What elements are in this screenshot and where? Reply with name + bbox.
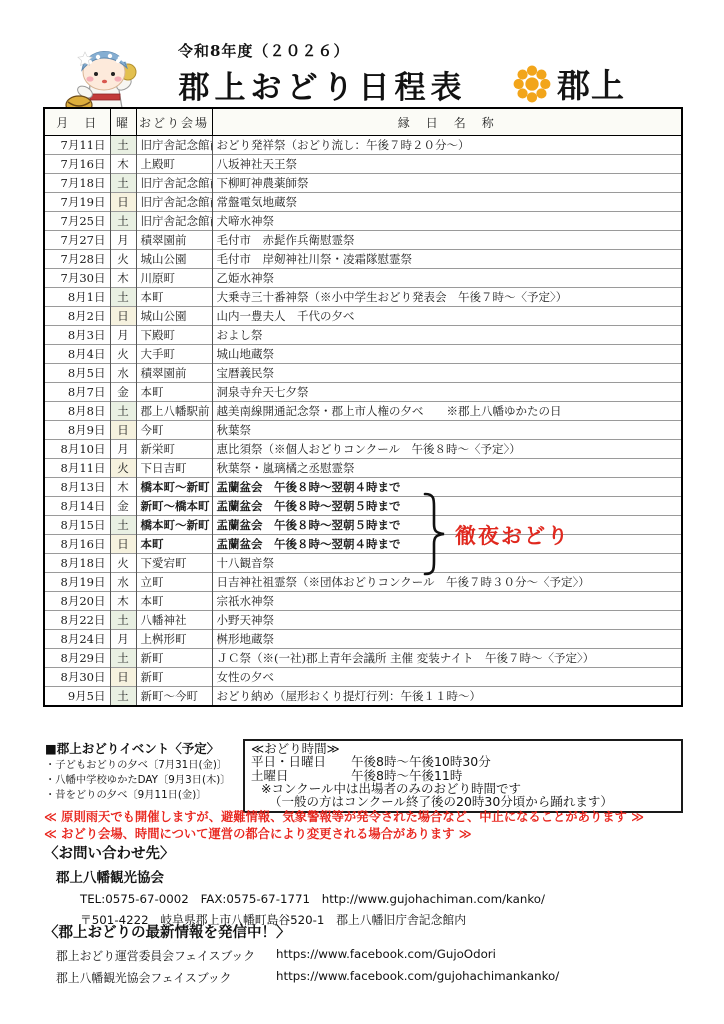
gujo-emblem-icon xyxy=(512,64,552,104)
festival-name-cell: およし祭 xyxy=(212,326,682,345)
table-row: 8月24日月上桝形町桝形地蔵祭 xyxy=(44,630,682,649)
time-row-label: 土曜日 xyxy=(251,769,351,782)
table-row: 8月22日土八幡神社小野天神祭 xyxy=(44,611,682,630)
festival-name-cell: 毛付市 岸剱神社川祭・凌霜隊慰霊祭 xyxy=(212,250,682,269)
date-cell: 8月24日 xyxy=(44,630,110,649)
date-cell: 8月1日 xyxy=(44,288,110,307)
day-cell: 日 xyxy=(110,307,136,326)
contact-section: 〈お問い合わせ先〉 郡上八幡観光協会 TEL:0575-67-0002 FAX:… xyxy=(44,842,545,928)
festival-name-cell: 日吉神社祖霊祭（※団体おどりコンクール 午後７時３０分～〈予定〉） xyxy=(212,573,682,592)
festival-name-cell: 城山地蔵祭 xyxy=(212,345,682,364)
warning-line: ≪ おどり会場、時間について運営の都合により変更される場合があります ≫ xyxy=(44,826,644,843)
venue-cell: 旧庁舎記念館前 xyxy=(136,193,212,212)
date-cell: 7月25日 xyxy=(44,212,110,231)
poster-page: 令和8年度（２０２６） 郡上おどり日程表 郡上 月 日 曜 おどり会場 xyxy=(0,0,724,1024)
day-cell: 土 xyxy=(110,687,136,707)
table-row: 7月25日土旧庁舎記念館前犬啼水神祭 xyxy=(44,212,682,231)
table-row: 7月11日土旧庁舎記念館前おどり発祥祭（おどり流し：午後７時２０分～） xyxy=(44,136,682,155)
festival-name-cell: 桝形地蔵祭 xyxy=(212,630,682,649)
date-cell: 7月30日 xyxy=(44,269,110,288)
table-header-row: 月 日 曜 おどり会場 縁 日 名 称 xyxy=(44,108,682,136)
day-cell: 土 xyxy=(110,649,136,668)
venue-cell: 立町 xyxy=(136,573,212,592)
event-item: ・八幡中学校ゆかたDAY〔9月3日(木)〕 xyxy=(45,774,243,787)
venue-cell: 新町 xyxy=(136,668,212,687)
venue-cell: 本町 xyxy=(136,288,212,307)
festival-name-cell: 盂蘭盆会 午後８時～翌朝４時まで xyxy=(212,478,682,497)
venue-cell: 新栄町 xyxy=(136,440,212,459)
table-row: 8月4日火大手町城山地蔵祭 xyxy=(44,345,682,364)
date-cell: 8月16日 xyxy=(44,535,110,554)
day-cell: 木 xyxy=(110,478,136,497)
date-cell: 7月16日 xyxy=(44,155,110,174)
festival-name-cell: 洞泉寺弁天七夕祭 xyxy=(212,383,682,402)
venue-cell: 上桝形町 xyxy=(136,630,212,649)
table-row: 8月29日土新町ＪＣ祭（※(一社)郡上青年会議所 主催 変装ナイト 午後７時～〈… xyxy=(44,649,682,668)
festival-name-cell: 八坂神社天王祭 xyxy=(212,155,682,174)
festival-name-cell: 恵比須祭（※個人おどりコンクール 午後８時～〈予定〉） xyxy=(212,440,682,459)
day-cell: 木 xyxy=(110,155,136,174)
date-cell: 7月18日 xyxy=(44,174,110,193)
table-row: 8月1日土本町大乗寺三十番神祭（※小中学生おどり発表会 午後７時～〈予定〉） xyxy=(44,288,682,307)
venue-cell: 大手町 xyxy=(136,345,212,364)
time-row-value: 午後8時～午後11時 xyxy=(351,769,462,782)
schedule-body: 7月11日土旧庁舎記念館前おどり発祥祭（おどり流し：午後７時２０分～）7月16日… xyxy=(44,136,682,707)
day-cell: 日 xyxy=(110,668,136,687)
festival-name-cell: 下柳町神農薬師祭 xyxy=(212,174,682,193)
date-cell: 8月18日 xyxy=(44,554,110,573)
venue-cell: 橋本町～新町 xyxy=(136,478,212,497)
festival-name-cell: 山内一豊夫人 千代の夕べ xyxy=(212,307,682,326)
day-cell: 土 xyxy=(110,288,136,307)
events-section: ■郡上おどりイベント〈予定〉 ・子どもおどりの夕べ〔7月31日(金)〕 ・八幡中… xyxy=(45,739,243,802)
venue-cell: 旧庁舎記念館前 xyxy=(136,136,212,155)
table-row: 8月16日日本町盂蘭盆会 午後８時～翌朝４時まで xyxy=(44,535,682,554)
day-cell: 土 xyxy=(110,136,136,155)
festival-name-cell: 乙姫水神祭 xyxy=(212,269,682,288)
gujo-logo: 郡上 xyxy=(512,60,625,107)
event-item: ・昔をどりの夕べ〔9月11日(金)〕 xyxy=(45,789,243,802)
day-cell: 月 xyxy=(110,231,136,250)
date-cell: 8月9日 xyxy=(44,421,110,440)
venue-cell: 積翠園前 xyxy=(136,364,212,383)
contact-tel-fax-url: TEL:0575-67-0002 FAX:0575-67-1771 http:/… xyxy=(80,890,545,907)
festival-name-cell: 盂蘭盆会 午後８時～翌朝５時まで xyxy=(212,497,682,516)
time-row: 土曜日 午後8時～午後11時 xyxy=(251,769,675,782)
odori-time-box: ≪おどり時間≫ 平日・日曜日 午後8時～午後10時30分 土曜日 午後8時～午後… xyxy=(243,739,683,813)
venue-cell: 新町～今町 xyxy=(136,687,212,707)
date-cell: 8月20日 xyxy=(44,592,110,611)
table-row: 8月13日木橋本町～新町盂蘭盆会 午後８時～翌朝４時まで xyxy=(44,478,682,497)
venue-cell: 本町 xyxy=(136,592,212,611)
day-cell: 木 xyxy=(110,269,136,288)
day-cell: 土 xyxy=(110,174,136,193)
day-cell: 水 xyxy=(110,573,136,592)
day-cell: 土 xyxy=(110,516,136,535)
time-row: 平日・日曜日 午後8時～午後10時30分 xyxy=(251,755,675,768)
table-row: 8月14日金新町～橋本町盂蘭盆会 午後８時～翌朝５時まで xyxy=(44,497,682,516)
col-header-name: 縁 日 名 称 xyxy=(212,108,682,136)
day-cell: 土 xyxy=(110,402,136,421)
venue-cell: 八幡神社 xyxy=(136,611,212,630)
festival-name-cell: 宝暦義民祭 xyxy=(212,364,682,383)
day-cell: 火 xyxy=(110,250,136,269)
col-header-venue: おどり会場 xyxy=(136,108,212,136)
date-cell: 8月30日 xyxy=(44,668,110,687)
festival-name-cell: 宗祇水神祭 xyxy=(212,592,682,611)
festival-name-cell: 盂蘭盆会 午後８時～翌朝５時まで xyxy=(212,516,682,535)
festival-name-cell: おどり発祥祭（おどり流し：午後７時２０分～） xyxy=(212,136,682,155)
day-cell: 火 xyxy=(110,345,136,364)
venue-cell: 城山公園 xyxy=(136,250,212,269)
venue-cell: 本町 xyxy=(136,535,212,554)
time-box-heading: ≪おどり時間≫ xyxy=(251,742,675,755)
day-cell: 水 xyxy=(110,364,136,383)
time-box-note: （一般の方はコンクール終了後の20時30分頃から踊れます） xyxy=(251,795,675,808)
table-row: 7月18日土旧庁舎記念館前下柳町神農薬師祭 xyxy=(44,174,682,193)
warnings-section: ≪ 原則雨天でも開催しますが、避難情報、気象警報等が発令された場合など、中止にな… xyxy=(44,809,644,842)
venue-cell: 今町 xyxy=(136,421,212,440)
sns-account-url: https://www.facebook.com/gujohachimankan… xyxy=(276,969,559,986)
day-cell: 金 xyxy=(110,383,136,402)
venue-cell: 郡上八幡駅前 xyxy=(136,402,212,421)
table-row: 8月3日月下殿町およし祭 xyxy=(44,326,682,345)
event-item: ・子どもおどりの夕べ〔7月31日(金)〕 xyxy=(45,759,243,772)
venue-cell: 川原町 xyxy=(136,269,212,288)
contact-heading: 〈お問い合わせ先〉 xyxy=(44,842,545,863)
day-cell: 木 xyxy=(110,592,136,611)
venue-cell: 新町～橋本町 xyxy=(136,497,212,516)
date-cell: 8月15日 xyxy=(44,516,110,535)
table-row: 8月9日日今町秋葉祭 xyxy=(44,421,682,440)
table-row: 7月27日月積翠園前毛付市 赤髭作兵衛慰霊祭 xyxy=(44,231,682,250)
fiscal-year-label: 令和8年度（２０２６） xyxy=(178,40,495,61)
venue-cell: 下日吉町 xyxy=(136,459,212,478)
venue-cell: 本町 xyxy=(136,383,212,402)
table-row: 8月30日日新町女性の夕べ xyxy=(44,668,682,687)
festival-name-cell: おどり納め（屋形おくり提灯行列：午後１１時～） xyxy=(212,687,682,707)
day-cell: 月 xyxy=(110,630,136,649)
festival-name-cell: 女性の夕べ xyxy=(212,668,682,687)
sns-row: 郡上おどり運営委員会フェイスブック https://www.facebook.c… xyxy=(56,947,559,964)
day-cell: 日 xyxy=(110,193,136,212)
date-cell: 8月22日 xyxy=(44,611,110,630)
warning-line: ≪ 原則雨天でも開催しますが、避難情報、気象警報等が発令された場合など、中止にな… xyxy=(44,809,644,826)
date-cell: 8月7日 xyxy=(44,383,110,402)
events-heading: ■郡上おどりイベント〈予定〉 xyxy=(45,739,243,757)
venue-cell: 旧庁舎記念館前 xyxy=(136,174,212,193)
date-cell: 8月14日 xyxy=(44,497,110,516)
day-cell: 日 xyxy=(110,535,136,554)
table-row: 7月16日木上殿町八坂神社天王祭 xyxy=(44,155,682,174)
table-row: 8月5日水積翠園前宝暦義民祭 xyxy=(44,364,682,383)
date-cell: 9月5日 xyxy=(44,687,110,707)
page-title: 郡上おどり日程表 xyxy=(150,62,495,107)
day-cell: 土 xyxy=(110,611,136,630)
date-cell: 8月11日 xyxy=(44,459,110,478)
table-row: 8月10日月新栄町恵比須祭（※個人おどりコンクール 午後８時～〈予定〉） xyxy=(44,440,682,459)
table-row: 7月30日木川原町乙姫水神祭 xyxy=(44,269,682,288)
table-row: 7月19日日旧庁舎記念館前常盤電気地蔵祭 xyxy=(44,193,682,212)
table-row: 8月11日火下日吉町秋葉祭・嵐璃橘之丞慰霊祭 xyxy=(44,459,682,478)
sns-account-name: 郡上おどり運営委員会フェイスブック xyxy=(56,947,276,964)
festival-name-cell: ＪＣ祭（※(一社)郡上青年会議所 主催 変装ナイト 午後７時～〈予定〉） xyxy=(212,649,682,668)
date-cell: 7月11日 xyxy=(44,136,110,155)
sns-account-name: 郡上八幡観光協会フェイスブック xyxy=(56,969,276,986)
venue-cell: 下愛宕町 xyxy=(136,554,212,573)
day-cell: 土 xyxy=(110,212,136,231)
logo-wordmark: 郡上 xyxy=(557,60,625,107)
col-header-date: 月 日 xyxy=(44,108,110,136)
date-cell: 8月8日 xyxy=(44,402,110,421)
festival-name-cell: 盂蘭盆会 午後８時～翌朝４時まで xyxy=(212,535,682,554)
table-row: 8月15日土橋本町～新町盂蘭盆会 午後８時～翌朝５時まで xyxy=(44,516,682,535)
table-row: 8月2日日城山公園山内一豊夫人 千代の夕べ xyxy=(44,307,682,326)
venue-cell: 橋本町～新町 xyxy=(136,516,212,535)
date-cell: 7月19日 xyxy=(44,193,110,212)
venue-cell: 城山公園 xyxy=(136,307,212,326)
festival-name-cell: 常盤電気地蔵祭 xyxy=(212,193,682,212)
venue-cell: 積翠園前 xyxy=(136,231,212,250)
festival-name-cell: 秋葉祭 xyxy=(212,421,682,440)
date-cell: 7月28日 xyxy=(44,250,110,269)
venue-cell: 下殿町 xyxy=(136,326,212,345)
sns-section: 〈郡上おどりの最新情報を発信中！〉 郡上おどり運営委員会フェイスブック http… xyxy=(44,921,559,986)
table-row: 8月8日土郡上八幡駅前越美南線開通記念祭・郡上市人権の夕べ ※郡上八幡ゆかたの日 xyxy=(44,402,682,421)
day-cell: 月 xyxy=(110,440,136,459)
time-row-value: 午後8時～午後10時30分 xyxy=(351,755,491,768)
col-header-day: 曜 xyxy=(110,108,136,136)
schedule-table-wrap: 月 日 曜 おどり会場 縁 日 名 称 7月11日土旧庁舎記念館前おどり発祥祭（… xyxy=(43,107,681,707)
sns-account-url: https://www.facebook.com/GujoOdori xyxy=(276,947,496,964)
day-cell: 月 xyxy=(110,326,136,345)
day-cell: 火 xyxy=(110,554,136,573)
date-cell: 7月27日 xyxy=(44,231,110,250)
time-row-label: 平日・日曜日 xyxy=(251,755,351,768)
festival-name-cell: 大乗寺三十番神祭（※小中学生おどり発表会 午後７時～〈予定〉） xyxy=(212,288,682,307)
date-cell: 8月29日 xyxy=(44,649,110,668)
venue-cell: 上殿町 xyxy=(136,155,212,174)
sns-heading: 〈郡上おどりの最新情報を発信中！〉 xyxy=(44,921,559,942)
day-cell: 金 xyxy=(110,497,136,516)
table-row: 8月7日金本町洞泉寺弁天七夕祭 xyxy=(44,383,682,402)
sns-row: 郡上八幡観光協会フェイスブック https://www.facebook.com… xyxy=(56,969,559,986)
schedule-table: 月 日 曜 おどり会場 縁 日 名 称 7月11日土旧庁舎記念館前おどり発祥祭（… xyxy=(43,107,683,707)
day-cell: 日 xyxy=(110,421,136,440)
festival-name-cell: 小野天神祭 xyxy=(212,611,682,630)
table-row: 8月20日木本町宗祇水神祭 xyxy=(44,592,682,611)
festival-name-cell: 秋葉祭・嵐璃橘之丞慰霊祭 xyxy=(212,459,682,478)
table-row: 8月19日水立町日吉神社祖霊祭（※団体おどりコンクール 午後７時３０分～〈予定〉… xyxy=(44,573,682,592)
date-cell: 8月4日 xyxy=(44,345,110,364)
date-cell: 8月3日 xyxy=(44,326,110,345)
table-row: 8月18日火下愛宕町十八観音祭 xyxy=(44,554,682,573)
date-cell: 8月10日 xyxy=(44,440,110,459)
table-row: 7月28日火城山公園毛付市 岸剱神社川祭・凌霜隊慰霊祭 xyxy=(44,250,682,269)
venue-cell: 旧庁舎記念館前 xyxy=(136,212,212,231)
date-cell: 8月13日 xyxy=(44,478,110,497)
venue-cell: 新町 xyxy=(136,649,212,668)
festival-name-cell: 十八観音祭 xyxy=(212,554,682,573)
festival-name-cell: 毛付市 赤髭作兵衛慰霊祭 xyxy=(212,231,682,250)
contact-org: 郡上八幡観光協会 xyxy=(56,866,545,886)
festival-name-cell: 越美南線開通記念祭・郡上市人権の夕べ ※郡上八幡ゆかたの日 xyxy=(212,402,682,421)
table-row: 9月5日土新町～今町おどり納め（屋形おくり提灯行列：午後１１時～） xyxy=(44,687,682,707)
title-block: 令和8年度（２０２６） 郡上おどり日程表 xyxy=(150,40,495,107)
day-cell: 火 xyxy=(110,459,136,478)
date-cell: 8月5日 xyxy=(44,364,110,383)
festival-name-cell: 犬啼水神祭 xyxy=(212,212,682,231)
date-cell: 8月2日 xyxy=(44,307,110,326)
date-cell: 8月19日 xyxy=(44,573,110,592)
time-box-note: ※コンクール中は出場者のみのおどり時間です xyxy=(251,782,675,795)
